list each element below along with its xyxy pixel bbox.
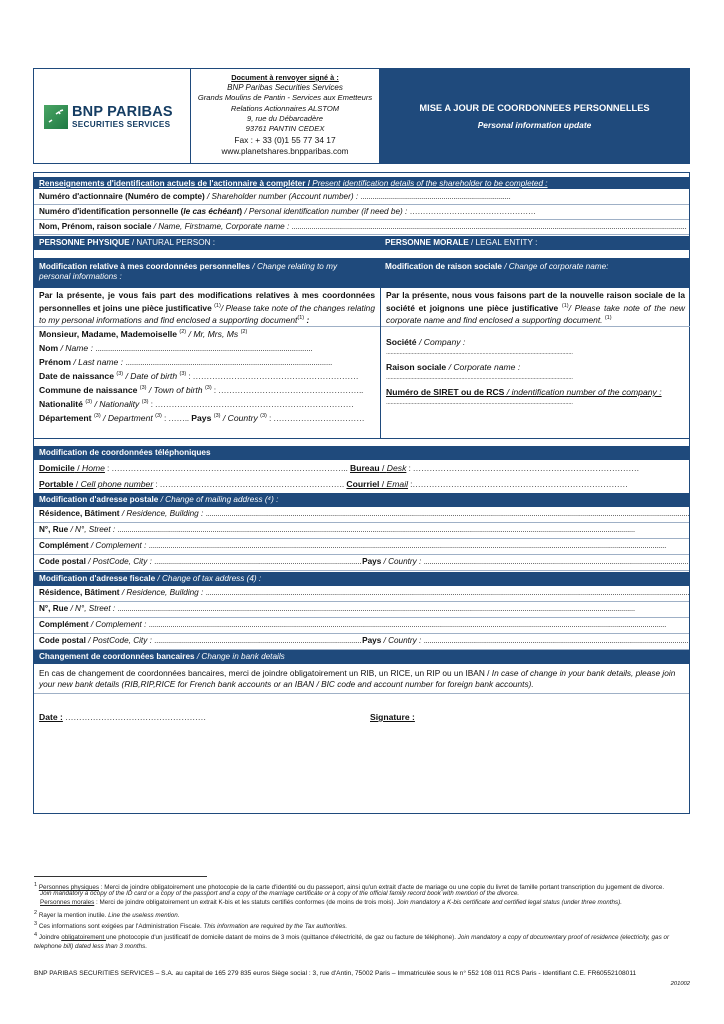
mailing-street-field[interactable]: N°, Rue / N°, Street : .................… xyxy=(34,524,689,539)
mailing-postcode-country-field[interactable]: Code postal / PostCode, City : .........… xyxy=(34,556,689,571)
signature-field[interactable]: Signature : xyxy=(370,712,415,722)
page-subtitle: Personal information update xyxy=(380,120,689,130)
mailing-complement-field[interactable]: Complément / Complement : ..............… xyxy=(34,540,689,555)
home-desk-phone-row[interactable]: Domicile / Home : …………………………………………………………… xyxy=(34,461,689,476)
nationality-input[interactable]: Nationalité (3) / Nationality (3) : …………… xyxy=(34,397,380,411)
mobile-email-row[interactable]: Portable / Cell phone number : ………………………… xyxy=(34,477,689,492)
identification-heading: Renseignements d'identification actuels … xyxy=(34,177,689,189)
return-address: Document à renvoyer signé à : BNP Pariba… xyxy=(190,68,380,164)
footnote-2: 2 Rayer la mention inutile. Line the use… xyxy=(34,909,180,921)
natural-person-statement: Par la présente, je vous fais part des m… xyxy=(34,288,380,327)
name-input[interactable]: Nom / Name : ...........................… xyxy=(34,341,380,355)
bnp-stars-logo-icon xyxy=(44,105,68,129)
return-line: 9, rue du Débarcadère xyxy=(191,114,379,124)
personal-id-number-field[interactable]: Numéro d'identification personnelle (le … xyxy=(34,206,689,220)
logo-cell: BNP PARIBAS SECURITIES SERVICES xyxy=(33,68,191,164)
legal-entity-heading: PERSONNE MORALE / LEGAL ENTITY : xyxy=(385,238,537,247)
tax-complement-field[interactable]: Complément / Complement : ..............… xyxy=(34,619,689,634)
update-form: Renseignements d'identification actuels … xyxy=(33,172,690,814)
person-type-bar: PERSONNE PHYSIQUE / NATURAL PERSON : PER… xyxy=(34,236,689,250)
corporate-name-input[interactable]: Raison sociale / Corporate name : xyxy=(381,358,690,372)
page-title: MISE A JOUR DE COORDONNEES PERSONNELLES xyxy=(380,103,689,113)
footnote-3: 3 Ces informations sont exigées par l'Ad… xyxy=(34,920,347,932)
legal-entity-subheading: Modification de raison sociale / Change … xyxy=(385,262,685,271)
return-line: BNP Paribas Securities Services xyxy=(191,83,379,93)
name-field[interactable]: Nom, Prénom, raison sociale / Name, Firs… xyxy=(34,221,689,235)
footnote-1-en: Join mandatory a ocopy of the ID card or… xyxy=(40,890,519,899)
return-line: Relations Actionnaires ALSTOM xyxy=(191,104,379,114)
logo-sub: SECURITIES SERVICES xyxy=(72,120,170,129)
return-line: Grands Moulins de Pantin - Services aux … xyxy=(191,93,379,103)
siret-input[interactable]: Numéro de SIRET ou de RCS / indentificat… xyxy=(381,383,690,397)
bank-instructions: En cas de changement de coordonnées banc… xyxy=(34,666,689,694)
logo-brand: BNP PARIBAS xyxy=(72,104,173,120)
shareholder-number-field[interactable]: Numéro d'actionnaire (Numéro de compte) … xyxy=(34,191,689,205)
company-input[interactable]: Société / Company : xyxy=(381,327,690,347)
footnote-4: 4 Joindre obligatoirement une photocopie… xyxy=(34,931,690,951)
mailing-address-heading: Modification d'adresse postale / Change … xyxy=(34,493,689,507)
civility-field[interactable]: Monsieur, Madame, Mademoiselle (2) / Mr,… xyxy=(34,327,380,341)
tax-residence-field[interactable]: Résidence, Bâtiment / Residence, Buildin… xyxy=(34,587,689,602)
legal-entity-statement: Par la présente, nous vous faisons part … xyxy=(381,288,690,327)
natural-person-subheading: Modification relative à mes coordonnées … xyxy=(39,262,369,282)
tax-street-field[interactable]: N°, Rue / N°, Street : .................… xyxy=(34,603,689,618)
bank-heading: Changement de coordonnées bancaires / Ch… xyxy=(34,650,689,664)
footnote-divider xyxy=(34,876,207,877)
natural-person-column: Par la présente, je vous fais part des m… xyxy=(34,288,380,438)
legal-footer: BNP PARIBAS SECURITIES SERVICES – S.A. a… xyxy=(34,970,636,977)
department-country-input[interactable]: Département (3) / Department (3) : …….. … xyxy=(34,411,380,425)
birth-town-input[interactable]: Commune de naissance (3) / Town of birth… xyxy=(34,383,380,397)
fax: Fax : + 33 (0)1 55 77 34 17 xyxy=(191,134,379,146)
phone-heading: Modification de coordonnées téléphonique… xyxy=(34,446,689,460)
return-label: Document à renvoyer signé à : xyxy=(191,73,379,83)
tax-address-heading: Modification d'adresse fiscale / Change … xyxy=(34,572,689,586)
modification-subheading-bar: Modification relative à mes coordonnées … xyxy=(34,258,689,288)
form-reference: 201002 xyxy=(671,981,690,987)
legal-entity-column: Par la présente, nous vous faisons part … xyxy=(380,288,690,438)
title-block: MISE A JOUR DE COORDONNEES PERSONNELLES … xyxy=(379,68,690,164)
return-line: 93761 PANTIN CEDEX xyxy=(191,124,379,134)
website-link[interactable]: www.planetshares.bnpparibas.com xyxy=(191,146,379,158)
birth-date-input[interactable]: Date de naissance (3) / Date of birth (3… xyxy=(34,369,380,383)
natural-person-heading: PERSONNE PHYSIQUE / NATURAL PERSON : xyxy=(39,238,215,247)
date-field[interactable]: Date : …………………………………………… xyxy=(39,712,206,722)
footnote-1-legal: Personnes morales : Merci de joindre obl… xyxy=(40,899,622,908)
tax-postcode-country-field[interactable]: Code postal / PostCode, City : .........… xyxy=(34,635,689,650)
firstname-input[interactable]: Prénom / Last name : ...................… xyxy=(34,355,380,369)
mailing-residence-field[interactable]: Résidence, Bâtiment / Residence, Buildin… xyxy=(34,508,689,523)
